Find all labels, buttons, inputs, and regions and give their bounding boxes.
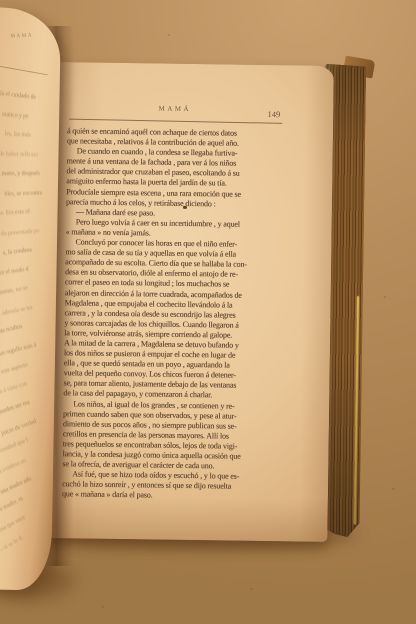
left-text-fragment: s, la condesa <box>3 246 33 256</box>
left-text-fragment: mente, no se <box>0 285 28 297</box>
left-text-fragment: además se tra <box>2 304 34 317</box>
left-running-title: MAMÁ <box>10 33 33 39</box>
left-text-fragment: —sí se lo d <box>0 534 23 553</box>
left-text-fragment: por el modo d <box>0 265 29 276</box>
left-text-fragment: mano, y después <box>2 170 40 177</box>
left-text-fragment: pueden ser ma <box>0 399 31 416</box>
left-text-fragment: juicio de verdad <box>0 417 37 436</box>
left-text-fragment: la el cuidado de <box>0 90 36 101</box>
right-page: MAMÁ 149 á quién se encaminó aquél con a… <box>45 62 334 542</box>
background-speck <box>102 606 104 608</box>
text-line: que « mañana » daría el paso. <box>62 490 278 503</box>
left-text-fragment: era á vista con <box>0 380 28 396</box>
left-text-fragment: otra madre, m <box>0 495 24 516</box>
left-text-fragment: una madre ado <box>0 475 33 496</box>
background-speck <box>168 34 170 36</box>
book-photo-scene: MAMÁ 149 á quién se encaminó aquél con a… <box>0 0 416 624</box>
left-page-fragments: la el cuidado demático y peles, las másd… <box>0 7 61 8</box>
left-header-rule <box>0 66 48 76</box>
left-text-fragment: ca. Era esta id <box>0 208 30 217</box>
left-text-fragment: les, las más <box>4 130 31 138</box>
left-text-fragment: bles, se encontra <box>4 189 42 197</box>
left-text-fragment: un orgullo más á <box>0 341 37 357</box>
left-page: MAMÁ la el cuidado demático y peles, las… <box>0 7 61 590</box>
background-speck <box>384 296 386 298</box>
gilt-edge-line <box>354 296 359 524</box>
page-lines: á quién se encaminó aquél con achaque de… <box>62 126 283 502</box>
left-text-fragment: la condesa no <box>0 456 27 475</box>
left-text-fragment: de haber reflexio <box>0 150 38 158</box>
left-text-fragment: mas ocultos <box>0 323 23 336</box>
background-speck <box>250 588 253 590</box>
left-text-fragment: necesidad que l <box>0 436 29 456</box>
left-text-fragment: mático y pe <box>2 110 29 119</box>
left-text-fragment: este aspecto <box>0 361 28 375</box>
header-rule <box>69 119 282 124</box>
left-text-fragment: cosa que suce <box>0 514 26 535</box>
background-speck <box>392 488 395 490</box>
page-number: 149 <box>67 106 280 119</box>
left-text-fragment: do presentada po <box>1 227 40 237</box>
